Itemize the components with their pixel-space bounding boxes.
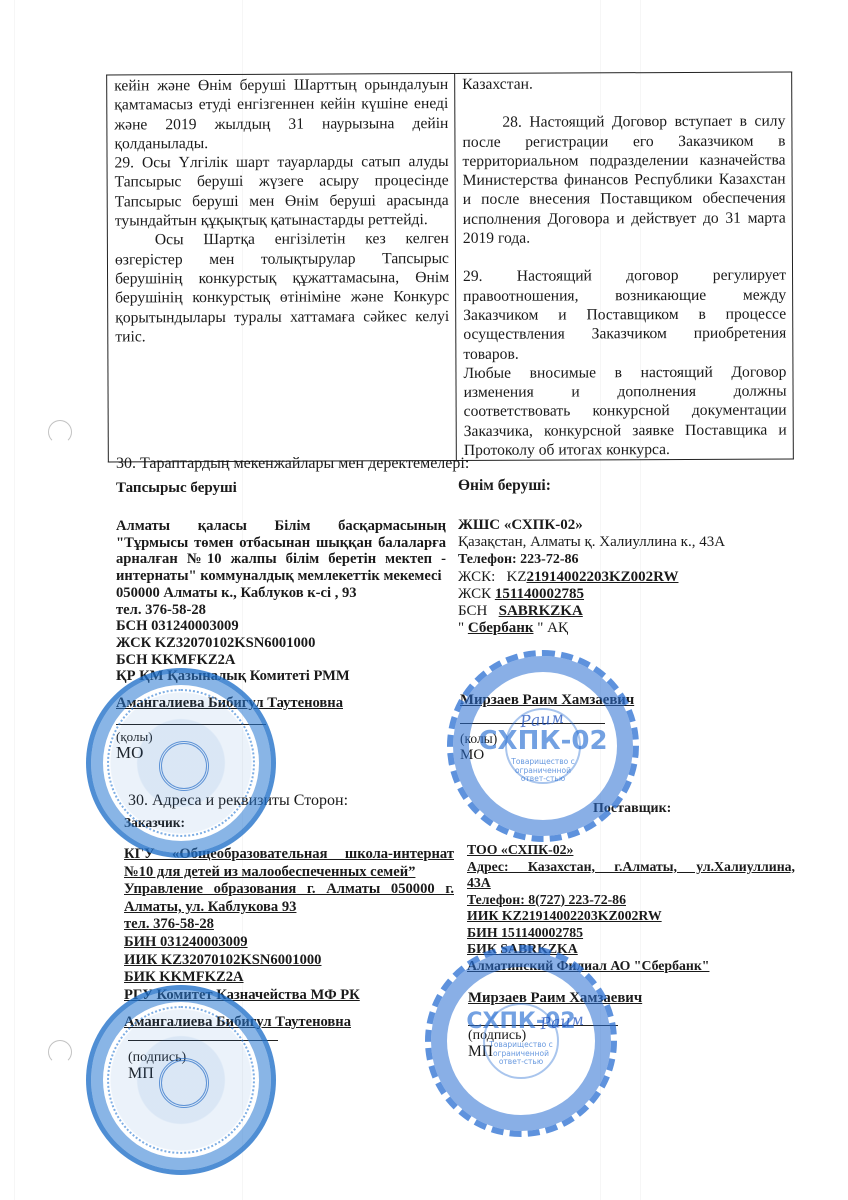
kz-supplier-bank-name: Сбербанк — [468, 620, 534, 636]
scan-artifact-line — [14, 0, 15, 1200]
kz-customer-signer: Амангалиева Бибигул Таутеновна — [116, 695, 446, 712]
clauses-kz-column: кейін және Өнім беруші Шарттың орындалуы… — [107, 73, 457, 462]
ru-supplier-heading: Поставщик: — [593, 801, 671, 818]
kz-supplier-iik-value: 21914002203KZ002RW — [527, 569, 679, 585]
kz-supplier-bik: БСН SABRKZKA — [458, 603, 725, 620]
kz-customer-details: Алматы қаласы Білім басқармасының "Тұрмы… — [116, 518, 446, 762]
ru-customer-signature-line — [128, 1040, 278, 1041]
ru-supplier-seal-label: МП — [468, 1044, 642, 1061]
kz-customer-bank: ҚР ҚМ Қазыналық Комитеті РММ — [116, 668, 446, 685]
clause-kz-changes: Осы Шартқа енгізілетін кез келген өзгері… — [115, 229, 450, 346]
clause-kz-29: 29. Осы Үлгілік шарт тауарларды сатып ал… — [115, 152, 449, 231]
ru-customer-bin: БИН 031240003009 — [124, 934, 454, 952]
ru-customer-bik: БИК KKMFKZ2A — [124, 969, 454, 987]
kz-customer-bik: БСН KKMFKZ2A — [116, 652, 446, 669]
kz-supplier-bik-label: БСН — [458, 603, 487, 619]
kz-customer-address: 050000 Алматы к., Каблуков к-сі , 93 — [116, 585, 446, 602]
punch-hole — [48, 1040, 72, 1064]
kz-customer-iik: ЖСК KZ32070102KSN6001000 — [116, 635, 446, 652]
section-title-kz: 30. Тараптардың мекенжайлары мен деректе… — [116, 455, 469, 473]
punch-hole — [48, 420, 72, 444]
kz-customer-org-line: "Тұрмысы төмен отбасынан шыққан балаларғ… — [116, 535, 446, 552]
kz-customer-bin: БСН 031240003009 — [116, 618, 446, 635]
ru-customer-details: КГУ «Общеобразовательная школа-интернат … — [124, 846, 454, 1032]
kz-customer-org-line: арналған №10 жалпы білім беретін мектеп … — [116, 551, 446, 568]
kz-supplier-bin-value: 151140002785 — [495, 586, 584, 602]
ru-customer-bank: РГУ Комитет Казначейства МФ РК — [124, 987, 454, 1005]
clause-kz-27-end: кейін және Өнім беруші Шарттың орындалуы… — [114, 75, 448, 154]
ru-supplier-name: ТОО «СХПК-02» — [467, 842, 795, 859]
section-title-ru: 30. Адреса и реквизиты Сторон: — [128, 792, 348, 810]
ru-customer-org-line: Управление образования г. Алматы 050000 … — [124, 881, 454, 899]
kz-customer-org-line: Алматы қаласы Білім басқармасының — [116, 518, 446, 535]
ru-customer-signer: Амангалиева Бибигул Таутеновна — [124, 1014, 454, 1032]
ru-customer-seal-label: МП — [128, 1066, 154, 1083]
kz-supplier-details: ЖШС «СХПК-02» Қазақстан, Алматы қ. Халиу… — [458, 517, 725, 637]
clause-ru-29: 29. Настоящий договор регулирует правоот… — [463, 266, 786, 364]
kz-customer-signature-line — [116, 712, 266, 725]
clause-ru-28: 28. Настоящий Договор вступает в силу по… — [462, 112, 786, 248]
ru-customer-org-line: №10 для детей из малообеспеченных семей” — [124, 864, 454, 882]
ru-supplier-signer: Мирзаев Раим Хамзаевич — [468, 990, 642, 1007]
kz-customer-phone: тел. 376-58-28 — [116, 602, 446, 619]
kz-supplier-bin-label: ЖСК — [458, 586, 491, 602]
clause-ru-changes: Любые вносимые в настоящий Договор измен… — [463, 362, 786, 460]
kz-supplier-bank-suffix: " АҚ — [533, 620, 567, 636]
kz-supplier-phone: Телефон: 223-72-86 — [458, 551, 725, 568]
ru-supplier-bank: Алматинский Филиал АО "Сбербанк" — [467, 958, 795, 975]
ru-supplier-bin: БИН 151140002785 — [467, 925, 795, 942]
ru-customer-heading: Заказчик: — [124, 815, 185, 832]
kz-supplier-address: Қазақстан, Алматы қ. Халиуллина к., 43А — [458, 534, 725, 551]
ru-supplier-details: ТОО «СХПК-02» Адрес: Казахстан, г.Алматы… — [467, 842, 795, 974]
ru-supplier-bik: БИК SABRKZKA — [467, 941, 795, 958]
kz-supplier-bik-value: SABRKZKA — [499, 603, 583, 619]
clause-ru-27-end: Казахстан. — [462, 74, 785, 95]
kz-supplier-iik: ЖСК: KZ21914002203KZ002RW — [458, 569, 725, 586]
ru-customer-org-line: Алматы, ул. Каблукова 93 — [124, 899, 454, 917]
ru-customer-iik: ИИК KZ32070102KSN6001000 — [124, 952, 454, 970]
ru-supplier-phone: Телефон: 8(727) 223-72-86 — [467, 892, 795, 909]
kz-customer-seal-label: МО — [116, 745, 446, 762]
kz-supplier-name: ЖШС «СХПК-02» — [458, 517, 725, 534]
kz-customer-sign-label: (қолы) — [116, 729, 446, 746]
kz-supplier-bank: " Сбербанк " АҚ — [458, 620, 725, 637]
kz-customer-heading: Тапсырыс беруші — [116, 480, 237, 497]
clauses-table: кейін және Өнім беруші Шарттың орындалуы… — [106, 72, 794, 463]
kz-customer-org-line: интернаты" коммуналдық мемлекеттік мекем… — [116, 568, 446, 585]
kz-supplier-signer: Мирзаев Раим Хамзаевич — [460, 692, 634, 709]
ru-supplier-address: Адрес: Казахстан, г.Алматы, ул.Халиуллин… — [467, 859, 795, 876]
quote-mark: " — [458, 620, 468, 636]
kz-supplier-heading: Өнім беруші: — [458, 478, 551, 495]
kz-supplier-sign-label: (колы) — [460, 730, 634, 747]
kz-supplier-iik-label: ЖСК: — [458, 569, 495, 585]
kz-supplier-iik-prefix: KZ — [507, 569, 527, 585]
ru-customer-org-line: КГУ «Общеобразовательная школа-интернат — [124, 846, 454, 864]
clauses-ru-column: Казахстан. 28. Настоящий Договор вступае… — [455, 72, 794, 461]
ru-customer-phone: тел. 376-58-28 — [124, 916, 454, 934]
kz-supplier-bin: ЖСК 151140002785 — [458, 586, 725, 603]
kz-supplier-seal-label: МО — [460, 747, 634, 764]
ru-supplier-address-cont: 43А — [467, 875, 795, 892]
ru-supplier-iik: ИИК KZ21914002203KZ002RW — [467, 908, 795, 925]
